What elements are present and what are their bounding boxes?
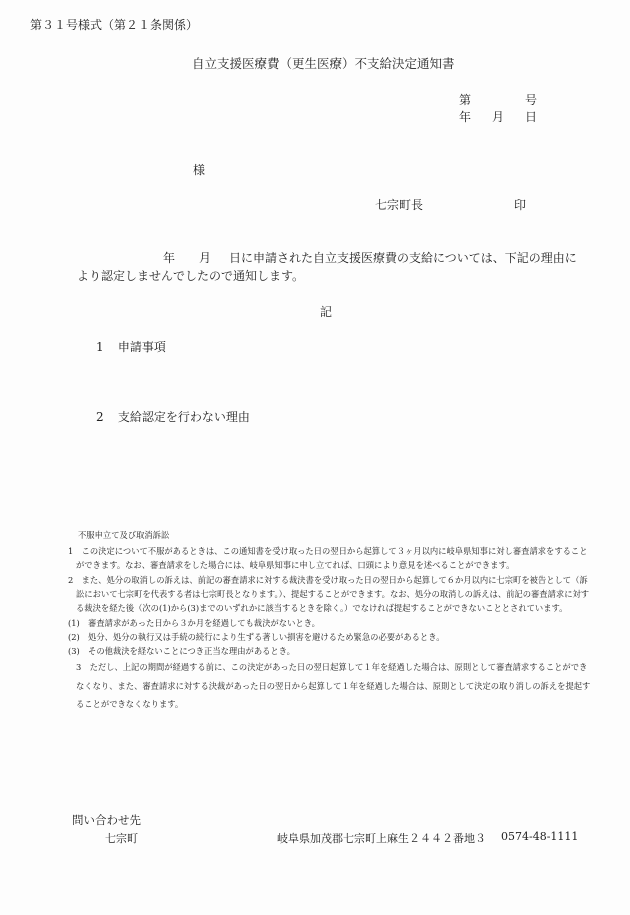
appeal-line: ることができなくなります。 <box>76 697 183 711</box>
item-number: 2 <box>96 410 114 424</box>
item-reason: 2 支給認定を行わない理由 <box>96 408 250 425</box>
appeal-line: (2) 処分、処分の執行又は手続の続行により生ずる著しい損害を避けるため緊急の必… <box>68 630 445 644</box>
contact-address: 岐阜県加茂郡七宗町上麻生２４４２番地３ <box>277 830 486 846</box>
date-day: 日 <box>525 108 537 125</box>
appeal-heading: 不服申立て及び取消訴訟 <box>78 528 169 542</box>
item-label: 支給認定を行わない理由 <box>118 410 250 424</box>
appeal-line: (1) 審査請求があった日から３か月を経過しても裁決がないとき。 <box>68 616 320 630</box>
contact-phone: 0574-48-1111 <box>501 830 578 843</box>
item-application: 1 申請事項 <box>96 338 166 355</box>
body-year: 年 <box>163 249 175 266</box>
contact-organization: 七宗町 <box>105 830 138 846</box>
body-line-2: より認定しませんでしたので通知します。 <box>77 267 304 284</box>
document-number-line: 第 号 <box>459 91 471 108</box>
appeal-line: 2 また、処分の取消しの訴えは、前記の審査請求に対する裁決書を受け取った日の翌日… <box>68 573 588 587</box>
item-number: 1 <box>96 340 114 354</box>
appeal-line: 3 ただし、上記の期間が経過する前に、この決定があった日の翌日起算して１年を経過… <box>76 660 587 674</box>
issuer: 七宗町長 <box>375 196 423 213</box>
item-label: 申請事項 <box>118 340 166 354</box>
appeal-line: 訟において七宗町を代表する者は七宗町長となります。）、提起することができます。な… <box>76 587 589 601</box>
addressee-suffix: 様 <box>193 161 205 178</box>
document-title: 自立支援医療費（更生医療）不支給決定通知書 <box>192 54 455 72</box>
appeal-line: る裁決を経た後（次の(1)から(3)までのいずれかに該当するときを除く。）でなけ… <box>76 601 567 615</box>
contact-heading: 問い合わせ先 <box>72 812 141 828</box>
date-month: 月 <box>492 108 504 125</box>
form-number: 第３１号様式（第２１条関係） <box>30 16 198 33</box>
appeal-line: 1 この決定について不服があるときは、この通知書を受け取った日の翌日から起算して… <box>68 544 588 558</box>
body-line-1-text: 日に申請された自立支援医療費の支給については、下記の理由に <box>229 249 577 266</box>
appeal-line: ができます。なお、審査請求をした場合には、岐阜県知事に申し立てれば、口頭により意… <box>76 558 514 572</box>
ki-heading: 記 <box>320 303 332 320</box>
number-suffix: 号 <box>525 91 537 108</box>
seal-mark: 印 <box>514 196 526 213</box>
number-prefix: 第 <box>459 93 471 107</box>
body-month: 月 <box>199 249 211 266</box>
date-year: 年 <box>459 108 471 125</box>
appeal-line: (3) その他裁決を経ないことにつき正当な理由があるとき。 <box>68 644 295 658</box>
appeal-line: なくなり、また、審査請求に対する決裁があった日の翌日から起算して１年を経過した場… <box>76 679 590 693</box>
